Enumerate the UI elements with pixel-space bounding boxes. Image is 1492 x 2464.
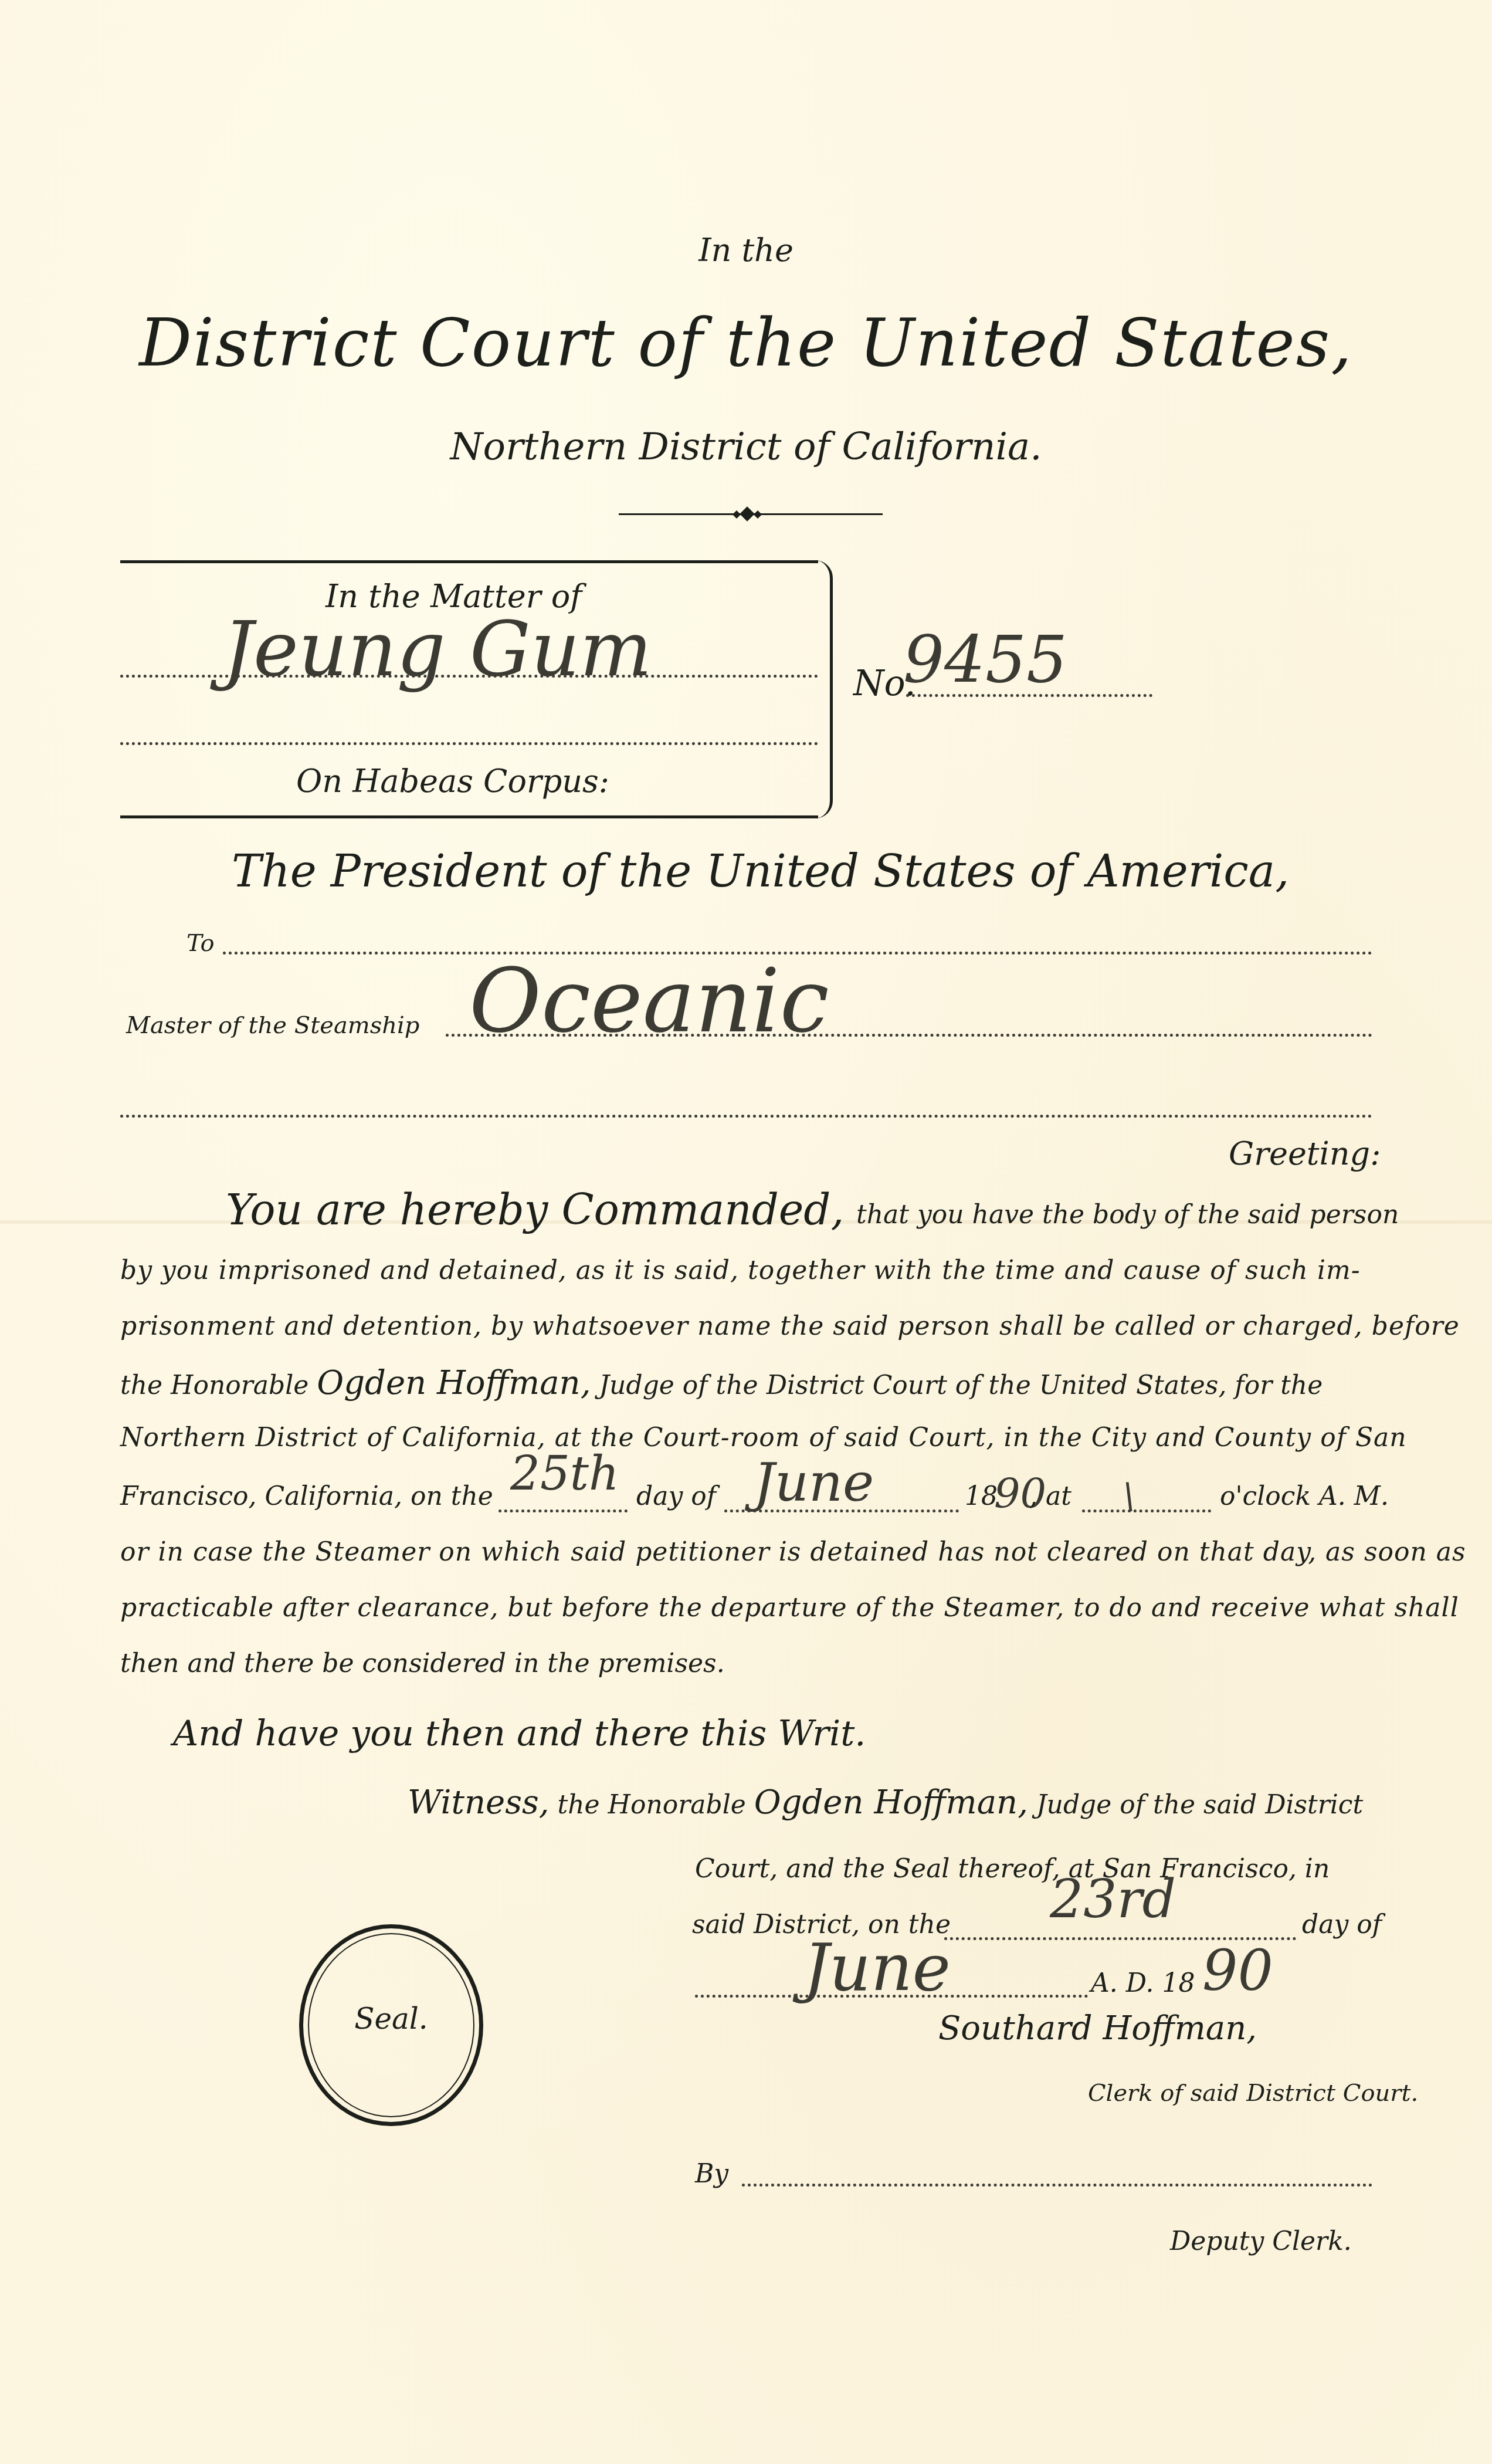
on-habeas-corpus-label: On Habeas Corpus: xyxy=(296,763,609,800)
commanded-lead: You are hereby Commanded, xyxy=(226,1185,844,1234)
body-line-2-text: by you imprisoned and detained, as it is… xyxy=(120,1255,1361,1285)
witness-line-2: Court, and the Seal thereof, at San Fran… xyxy=(695,1854,1330,1884)
petitioner-line-2 xyxy=(120,742,818,745)
caption-brace xyxy=(806,560,833,818)
seal-label: Seal. xyxy=(299,2002,483,2036)
body-line-6-c: , at xyxy=(1029,1481,1071,1511)
body-line-6-b: day of xyxy=(636,1481,716,1511)
body-line-2: by you imprisoned and detained, as it is… xyxy=(120,1255,1372,1285)
return-hour-field[interactable] xyxy=(1082,1509,1211,1512)
body-line-6: Francisco, California, on the 25th day o… xyxy=(120,1481,1372,1517)
president-line: The President of the United States of Am… xyxy=(232,845,1289,897)
body-line-8-text: practicable after clearance, but before … xyxy=(120,1593,1459,1623)
master-label: Master of the Steamship xyxy=(126,1012,419,1039)
return-hour-value[interactable]: \ xyxy=(1123,1475,1135,1517)
body-line-4-b: Judge of the District Court of the Unite… xyxy=(599,1370,1323,1400)
body-line-8: practicable after clearance, but before … xyxy=(120,1593,1372,1623)
deputy-title: Deputy Clerk. xyxy=(1170,2226,1352,2256)
witness-line-1-c: Judge of the said District xyxy=(1036,1790,1363,1820)
return-day-value[interactable]: 25th xyxy=(510,1446,619,1501)
body-line-9: then and there be considered in the prem… xyxy=(120,1649,725,1678)
header-in-the: In the xyxy=(0,232,1492,269)
petitioner-name[interactable]: Jeung Gum xyxy=(223,604,652,693)
document-page: In the District Court of the United Stat… xyxy=(0,0,1492,2464)
body-line-7: or in case the Steamer on which said pet… xyxy=(120,1537,1372,1567)
witness-month-value[interactable]: June xyxy=(803,1930,951,2005)
greeting: Greeting: xyxy=(1229,1135,1381,1172)
witness-line-1: Witness, the Honorable Ogden Hoffman, Ju… xyxy=(408,1783,1363,1822)
caption-bottom-rule xyxy=(120,815,818,818)
body-line-6-d: o'clock A. M. xyxy=(1220,1481,1389,1511)
deputy-signature-field[interactable] xyxy=(742,2184,1372,2187)
clerk-title: Clerk of said District Court. xyxy=(1088,2080,1418,2107)
return-year-prefix: 18 xyxy=(965,1481,998,1511)
witness-year-value[interactable]: 90 xyxy=(1202,1939,1273,2003)
witness-ad-label: A. D. 18 xyxy=(1091,1968,1195,1998)
witness-day-value[interactable]: 23rd xyxy=(1050,1869,1176,1930)
return-day-field[interactable] xyxy=(499,1509,628,1512)
case-number-value[interactable]: 9455 xyxy=(903,622,1067,697)
have-writ: And have you then and there this Writ. xyxy=(173,1713,866,1754)
district-subtitle: Northern District of California. xyxy=(0,425,1492,469)
body-line-7-text: or in case the Steamer on which said pet… xyxy=(120,1537,1466,1567)
steamship-name[interactable]: Oceanic xyxy=(469,950,829,1052)
body-line-1: that you have the body of the said perso… xyxy=(856,1200,1399,1230)
body-line-5-text: Northern District of California, at the … xyxy=(120,1423,1407,1453)
body-line-3: prisonment and detention, by whatsoever … xyxy=(120,1311,1372,1341)
body-line-6-a: Francisco, California, on the xyxy=(120,1481,493,1511)
body-line-4: the Honorable Ogden Hoffman, Judge of th… xyxy=(120,1364,1323,1402)
body-line-5: Northern District of California, at the … xyxy=(120,1423,1372,1453)
body-line-4-a: the Honorable xyxy=(120,1370,308,1400)
witness-line-1-b: the Honorable xyxy=(557,1790,745,1820)
body-line-3-text: prisonment and detention, by whatsoever … xyxy=(120,1311,1460,1341)
witness-line-3-b: day of xyxy=(1302,1910,1382,1940)
address-extra-line[interactable] xyxy=(120,1115,1372,1118)
by-label: By xyxy=(695,2159,728,2189)
witness-judge-name: Ogden Hoffman, xyxy=(754,1783,1028,1822)
witness-label: Witness, xyxy=(408,1783,549,1822)
return-month-value[interactable]: June xyxy=(754,1452,874,1514)
judge-name: Ogden Hoffman, xyxy=(317,1364,591,1402)
ornament-divider xyxy=(619,512,883,517)
court-title: District Court of the United States, xyxy=(0,305,1492,381)
clerk-name: Southard Hoffman, xyxy=(938,2009,1257,2047)
to-label: To xyxy=(186,930,215,957)
caption-top-rule xyxy=(120,560,818,563)
